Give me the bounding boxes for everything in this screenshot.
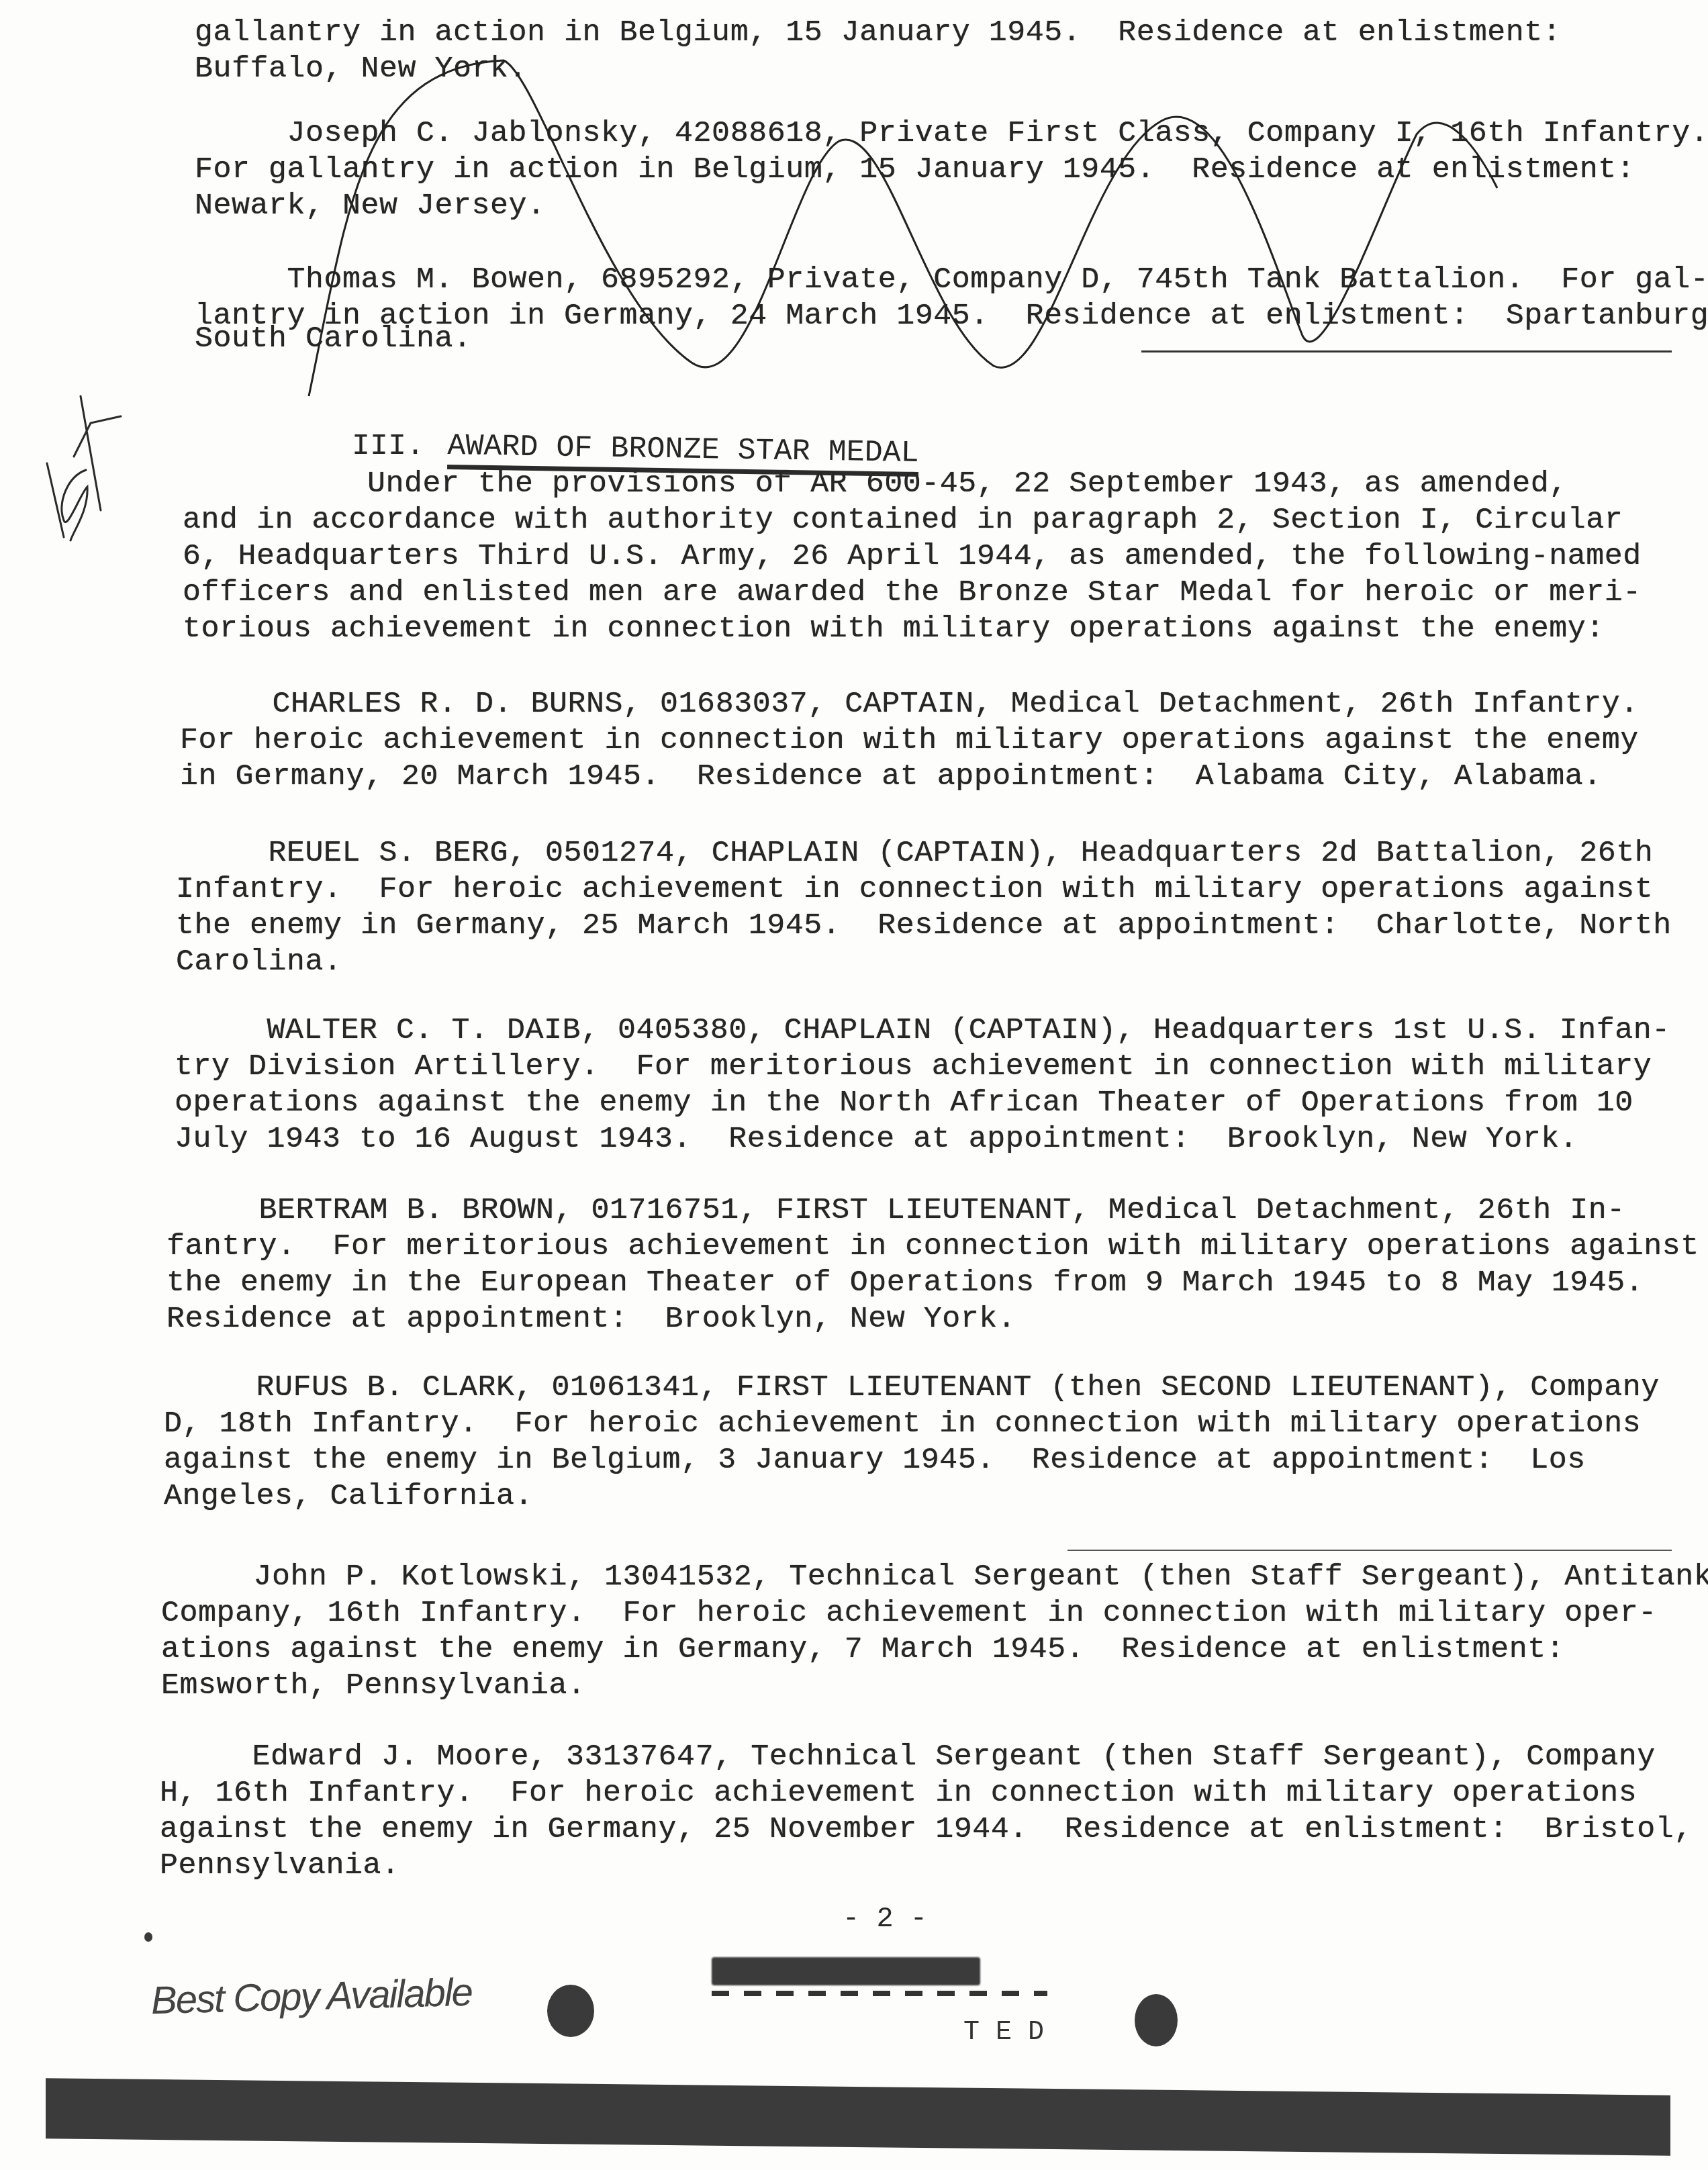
section-heading: III.AWARD OF BRONZE STAR MEDAL: [316, 395, 918, 469]
text-line: D, 18th Infantry. For heroic achievement…: [164, 1406, 1641, 1442]
text-line: Pennsylvania.: [160, 1848, 400, 1884]
text-line: Company, 16th Infantry. For heroic achie…: [161, 1595, 1657, 1632]
text-line: Residence at appointment: Brooklyn, New …: [167, 1301, 1016, 1337]
text-line: CHARLES R. D. BURNS, 01683037, CAPTAIN, …: [180, 686, 1639, 722]
page-number: - 2 -: [843, 1903, 927, 1935]
text-line: ations against the enemy in Germany, 7 M…: [161, 1632, 1564, 1668]
text-line: Newark, New Jersey.: [195, 188, 546, 224]
text-line: 6, Headquarters Third U.S. Army, 26 Apri…: [183, 538, 1642, 575]
stamp-dotted-underline: [712, 1991, 1047, 1996]
stamp-visible-text: T E D: [963, 2018, 1044, 2048]
text-line: Thomas M. Bowen, 6895292, Private, Compa…: [195, 262, 1708, 298]
horizontal-rule: [1141, 350, 1672, 352]
text-line: REUEL S. BERG, 0501274, CHAPLAIN (CAPTAI…: [176, 835, 1653, 871]
text-line: Angeles, California.: [164, 1478, 533, 1515]
text-line: operations against the enemy in the Nort…: [175, 1085, 1633, 1121]
horizontal-rule: [1067, 1550, 1672, 1551]
text-line: South Carolina.: [195, 321, 472, 357]
text-line: gallantry in action in Belgium, 15 Janua…: [195, 15, 1561, 51]
text-line: against the enemy in Belgium, 3 January …: [164, 1442, 1586, 1478]
punch-hole: [547, 1985, 594, 2037]
punch-hole: [1135, 1994, 1178, 2046]
text-line: For gallantry in action in Belgium, 15 J…: [195, 152, 1635, 188]
text-line: RUFUS B. CLARK, 01061341, FIRST LIEUTENA…: [164, 1370, 1660, 1406]
text-line: torious achievement in connection with m…: [183, 611, 1605, 647]
text-line: and in accordance with authority contain…: [183, 502, 1623, 538]
text-line: against the enemy in Germany, 25 Novembe…: [160, 1811, 1693, 1848]
text-line: in Germany, 20 March 1945. Residence at …: [180, 759, 1602, 795]
text-line: John P. Kotlowski, 13041532, Technical S…: [161, 1559, 1708, 1595]
section-number: III.: [352, 429, 424, 463]
text-line: Joseph C. Jablonsky, 42088618, Private F…: [195, 115, 1708, 152]
classification-stamp: T E D: [712, 1957, 1044, 1989]
best-copy-available-watermark: Best Copy Available: [150, 1970, 472, 2023]
text-line: Edward J. Moore, 33137647, Technical Ser…: [160, 1739, 1656, 1775]
speck: [144, 1932, 152, 1942]
scan-edge-band: [46, 2078, 1670, 2155]
text-line: Buffalo, New York.: [195, 51, 527, 87]
text-line: H, 16th Infantry. For heroic achievement…: [160, 1775, 1637, 1811]
text-line: BERTRAM B. BROWN, 01716751, FIRST LIEUTE…: [167, 1192, 1625, 1229]
text-line: the enemy in Germany, 25 March 1945. Res…: [176, 908, 1672, 944]
handwritten-page-number-icon: [27, 376, 201, 544]
redaction-blot: [712, 1957, 980, 1985]
text-line: fantry. For meritorious achievement in c…: [167, 1229, 1699, 1265]
text-line: WALTER C. T. DAIB, 0405380, CHAPLAIN (CA…: [175, 1012, 1670, 1049]
text-line: the enemy in the European Theater of Ope…: [167, 1265, 1644, 1301]
text-line: Under the provisions of AR 600-45, 22 Se…: [183, 466, 1568, 502]
text-line: Carolina.: [176, 944, 342, 980]
text-line: July 1943 to 16 August 1943. Residence a…: [175, 1121, 1578, 1158]
text-line: officers and enlisted men are awarded th…: [183, 575, 1642, 611]
text-line: Infantry. For heroic achievement in conn…: [176, 871, 1653, 908]
text-line: Emsworth, Pennsylvania.: [161, 1668, 586, 1704]
text-line: try Division Artillery. For meritorious …: [175, 1049, 1652, 1085]
text-line: For heroic achievement in connection wit…: [180, 722, 1639, 759]
